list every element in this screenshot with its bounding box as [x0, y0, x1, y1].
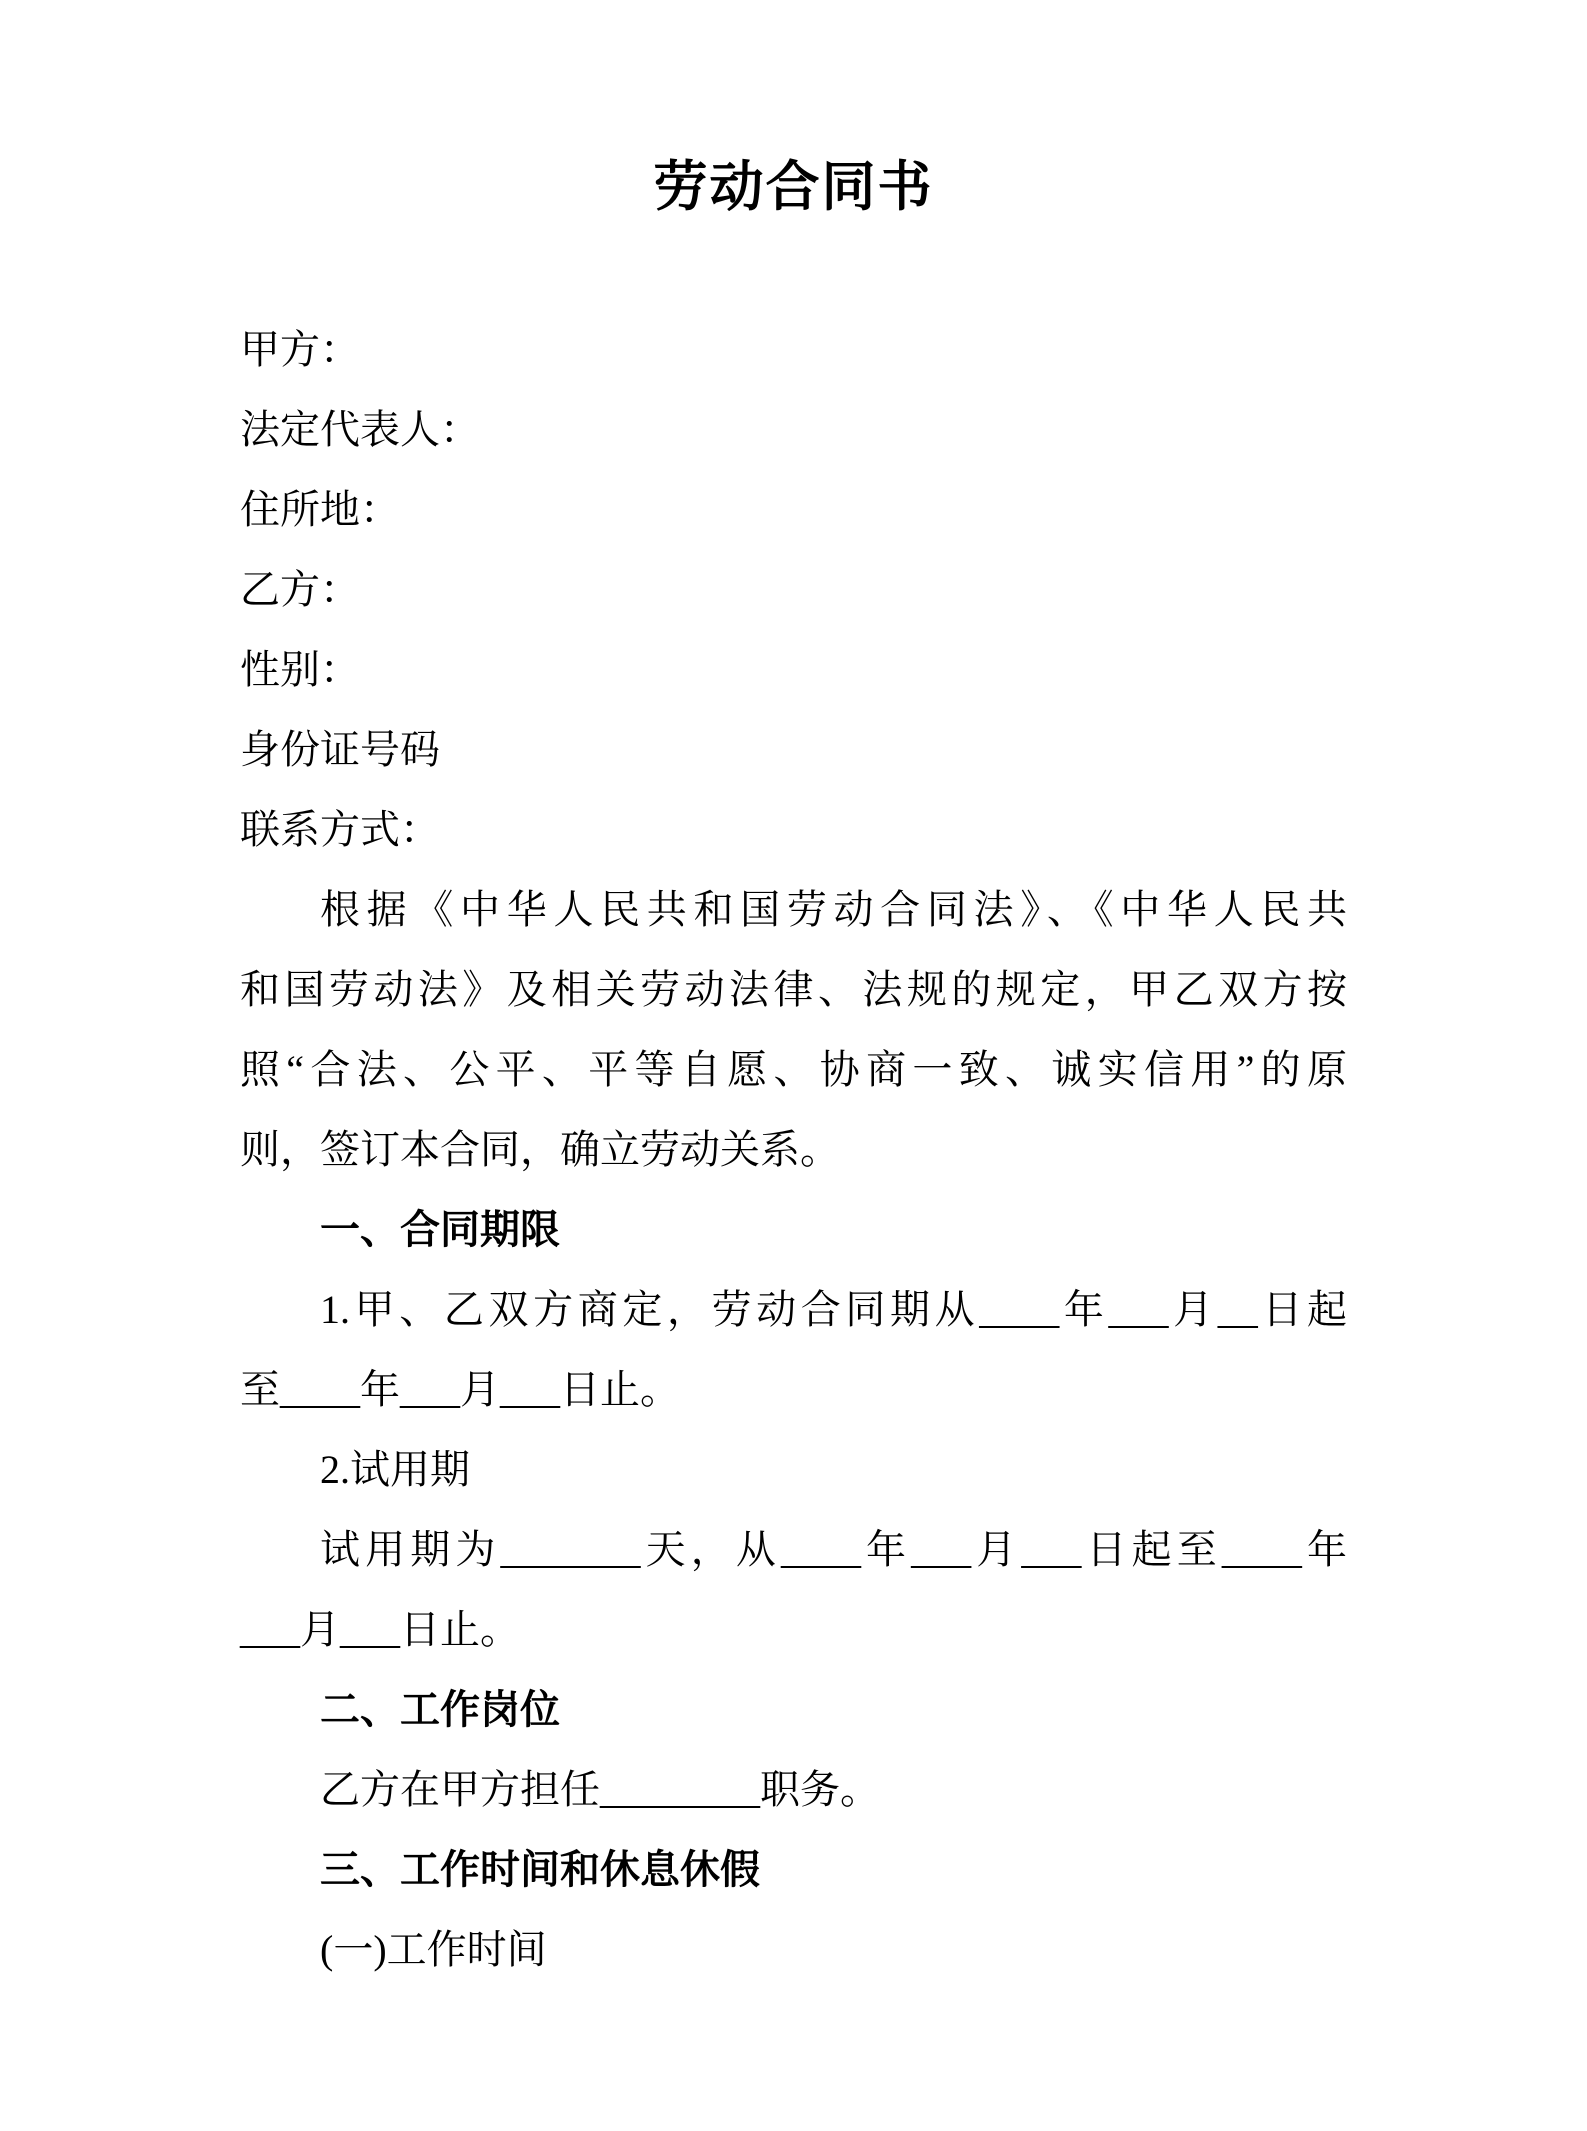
party-a-label: 甲方：	[240, 310, 1347, 390]
clause-3-1-heading: (一)工作时间	[240, 1910, 1347, 1990]
clause-1-1-line-2: 至____年___月___日止。	[240, 1350, 1347, 1430]
id-number-label: 身份证号码	[240, 710, 1347, 790]
preamble-line-4: 则，签订本合同，确立劳动关系。	[240, 1110, 1347, 1190]
party-b-label: 乙方：	[240, 550, 1347, 630]
preamble-line-1: 根据《中华人民共和国劳动合同法》、《中华人民共	[240, 870, 1347, 950]
clause-1-2-heading: 2.试用期	[240, 1430, 1347, 1510]
preamble-line-2: 和国劳动法》及相关劳动法律、法规的规定，甲乙双方按	[240, 950, 1347, 1030]
contact-label: 联系方式：	[240, 790, 1347, 870]
section-3-heading: 三、工作时间和休息休假	[240, 1830, 1347, 1910]
clause-2-1: 乙方在甲方担任________职务。	[240, 1750, 1347, 1830]
contract-page: 劳动合同书 甲方： 法定代表人： 住所地： 乙方： 性别： 身份证号码 联系方式…	[0, 0, 1587, 2131]
address-label: 住所地：	[240, 470, 1347, 550]
preamble-line-3: 照“合法、公平、平等自愿、协商一致、诚实信用”的原	[240, 1030, 1347, 1110]
section-1-heading: 一、合同期限	[240, 1190, 1347, 1270]
legal-representative-label: 法定代表人：	[240, 390, 1347, 470]
document-title: 劳动合同书	[240, 145, 1347, 230]
section-2-heading: 二、工作岗位	[240, 1670, 1347, 1750]
clause-1-2-line-1: 试用期为_______天，从____年___月___日起至____年	[240, 1510, 1347, 1590]
gender-label: 性别：	[240, 630, 1347, 710]
clause-1-1-line-1: 1.甲、乙双方商定，劳动合同期从____年___月__日起	[240, 1270, 1347, 1350]
clause-1-2-line-2: ___月___日止。	[240, 1590, 1347, 1670]
